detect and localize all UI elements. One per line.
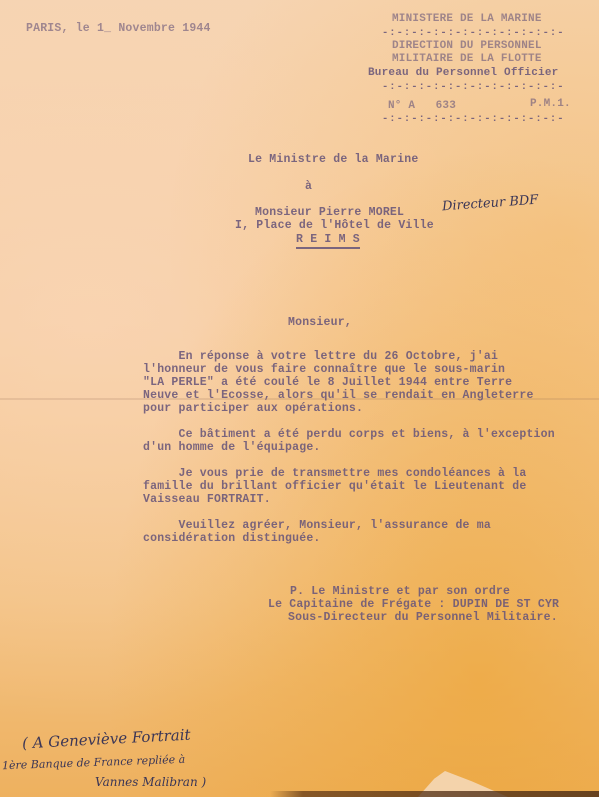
annotation-line-2: 1ère Banque de France repliée à (2, 753, 186, 772)
recipient-name: Monsieur Pierre MOREL (255, 206, 404, 219)
recipient-city: R E I M S (296, 233, 360, 249)
reference-code: P.M.1. (530, 98, 571, 110)
letterhead-military: MILITAIRE DE LA FLOTTE (392, 53, 542, 65)
signature-line-1: P. Le Ministre et par son ordre (290, 585, 510, 598)
sender-title: Le Ministre de la Marine (248, 153, 418, 166)
to-word: à (305, 180, 312, 193)
handwritten-note-directeur: Directeur BDF (442, 193, 539, 215)
letterhead-separator: -:-:-:-:-:-:-:-:-:-:-:-:- (382, 27, 565, 39)
body-line: Neuve et l'Ecosse, alors qu'il se rendai… (143, 389, 534, 402)
signature-line-2: Le Capitaine de Frégate : DUPIN DE ST CY… (268, 598, 559, 611)
paper-bottom-edge (270, 791, 599, 797)
body-line: Veuillez agréer, Monsieur, l'assurance d… (143, 519, 491, 532)
letterhead-direction: DIRECTION DU PERSONNEL (392, 40, 542, 52)
body-line: Ce bâtiment a été perdu corps et biens, … (143, 428, 555, 441)
salutation: Monsieur, (288, 316, 352, 329)
letterhead-separator-3: -:-:-:-:-:-:-:-:-:-:-:-:- (382, 113, 565, 125)
reference-number: N° A 633 (388, 100, 456, 112)
annotation-line-1: ( A Geneviève Fortrait (22, 726, 191, 753)
letterhead-ministry: MINISTERE DE LA MARINE (392, 13, 542, 25)
signature-line-3: Sous-Directeur du Personnel Militaire. (288, 611, 558, 624)
body-line: considération distinguée. (143, 532, 321, 545)
body-line: d'un homme de l'équipage. (143, 441, 321, 454)
body-line: famille du brillant officier qu'était le… (143, 480, 526, 493)
body-line: Vaisseau FORTRAIT. (143, 493, 271, 506)
annotation-line-3: Vannes Malibran ) (95, 775, 206, 789)
body-line: Je vous prie de transmettre mes condoléa… (143, 467, 526, 480)
letterhead-bureau: Bureau du Personnel Officier (368, 67, 558, 79)
body-line: "LA PERLE" a été coulé le 8 Juillet 1944… (143, 376, 512, 389)
dateline: PARIS, le 1_ Novembre 1944 (26, 22, 211, 35)
recipient-address: I, Place de l'Hôtel de Ville (235, 219, 434, 232)
body-line: pour participer aux opérations. (143, 402, 363, 415)
body-line: l'honneur de vous faire connaître que le… (143, 363, 505, 376)
letterhead-separator-2: -:-:-:-:-:-:-:-:-:-:-:-:- (382, 81, 565, 93)
body-line: En réponse à votre lettre du 26 Octobre,… (143, 350, 498, 363)
